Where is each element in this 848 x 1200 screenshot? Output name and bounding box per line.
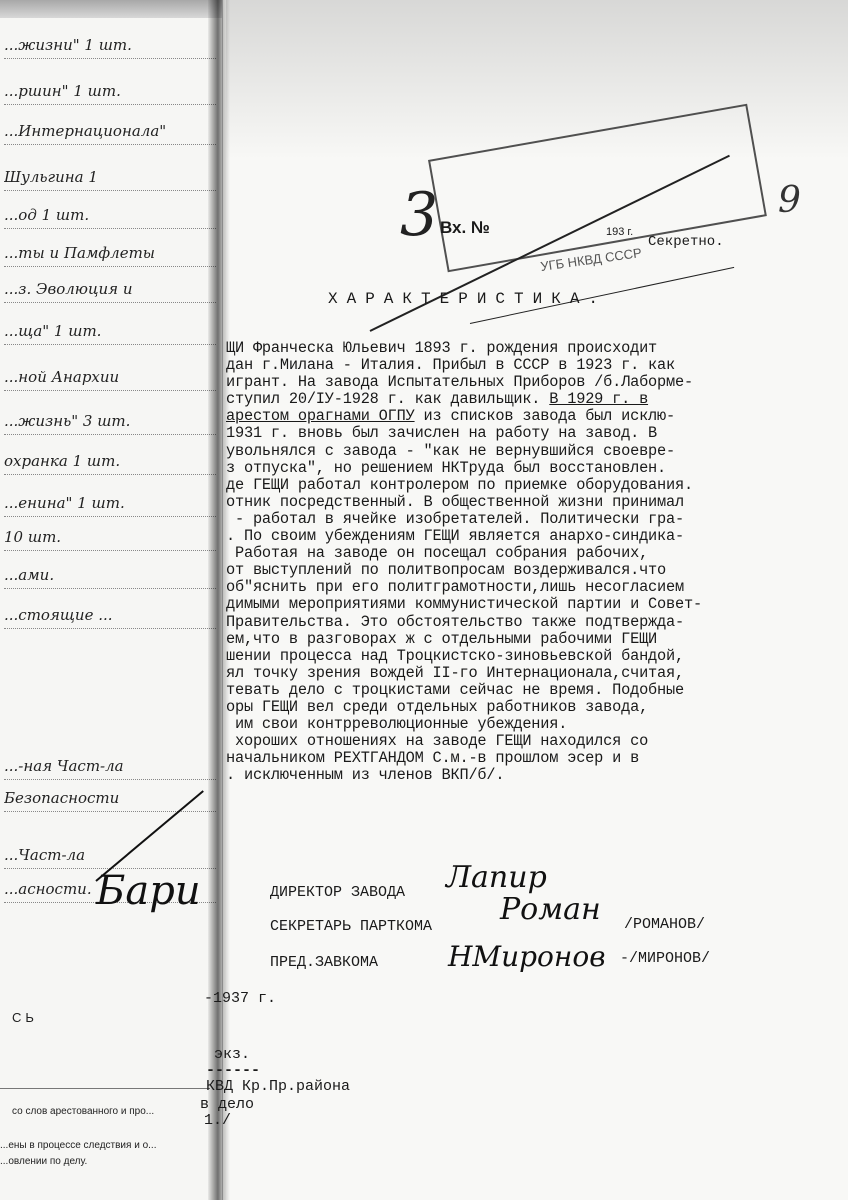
handwritten-number: 3	[400, 180, 438, 250]
body-line: дан г.Милана - Италия. Прибыл в СССР в 1…	[226, 357, 836, 374]
handwritten-list-item: ...з. Эволюция и	[4, 280, 216, 303]
handwritten-list-item: ...Интернационала"	[4, 122, 216, 145]
dash-separator: ------	[206, 1062, 260, 1079]
body-line: тевать дело с троцкистами сейчас не врем…	[226, 682, 836, 699]
divider-line	[0, 1088, 210, 1089]
body-line: 1931 г. вновь был зачислен на работу на …	[226, 425, 836, 442]
body-line: з отпуска", но решением НКТруда был восс…	[226, 460, 836, 477]
signature-role-director: ДИРЕКТОР ЗАВОДА	[270, 884, 405, 901]
body-line: - работал в ячейке изобретателей. Полити…	[226, 511, 836, 528]
page-number: 9	[778, 180, 801, 221]
body-line: оры ГЕЩИ вел среди отдельных работников …	[226, 699, 836, 716]
classification-mark: Секретно.	[648, 234, 724, 250]
body-line: от выступлений по политвопросам воздержи…	[226, 562, 836, 579]
file-suffix: 1./	[204, 1112, 231, 1129]
stamp-year: 193 г.	[606, 226, 633, 238]
body-line: димыми мероприятиями коммунистической па…	[226, 596, 836, 613]
handwritten-list-item: Шульгина 1	[4, 168, 216, 191]
body-line: Работая на заводе он посещал собрания ра…	[226, 545, 836, 562]
file-line: в дело	[200, 1096, 254, 1113]
recipient-line: КВД Кр.Пр.района	[206, 1078, 350, 1095]
body-line: об"яснить при его политграмотности,лишь …	[226, 579, 836, 596]
body-line: . исключенным из членов ВКП/б/.	[226, 767, 836, 784]
handwritten-list-item: ...жизни" 1 шт.	[4, 36, 216, 59]
body-line: хороших отношениях на заводе ГЕЩИ находи…	[226, 733, 836, 750]
body-line: им свои контрреволюционные убеждения.	[226, 716, 836, 733]
body-line: игрант. На завода Испытательных Приборов…	[226, 374, 836, 391]
underlying-handwritten-page: ...жизни" 1 шт....ршин" 1 шт....Интернац…	[0, 0, 223, 1200]
handwritten-list-item: ...стоящие ...	[4, 606, 216, 629]
body-line: ступил 20/IУ-1928 г. как давильщик. В 19…	[226, 391, 836, 408]
handwritten-list-item: ...од 1 шт.	[4, 206, 216, 229]
printed-note: со слов арестованного и про...	[12, 1106, 154, 1117]
document-date: -1937 г.	[204, 990, 276, 1007]
signature-role-secretary: СЕКРЕТАРЬ ПАРТКОМА	[270, 918, 432, 935]
handwritten-list-item: ...-ная Част-ла	[4, 757, 216, 780]
handwritten-list-item: ...Част-ла	[4, 846, 216, 869]
signatory-name: -/МИРОНОВ/	[620, 950, 710, 967]
signatory-name: /РОМАНОВ/	[624, 916, 705, 933]
handwritten-signature-left: Бари	[96, 868, 201, 914]
body-line: . По своим убеждениям ГЕЩИ является анар…	[226, 528, 836, 545]
handwritten-signature: Роман	[500, 892, 601, 927]
document-title: ХАРАКТЕРИСТИКА.	[328, 290, 607, 308]
body-line: отник посредственный. В общественной жиз…	[226, 494, 836, 511]
handwritten-signature: Лапир	[446, 860, 547, 895]
left-fragment: СЬ	[12, 1010, 224, 1032]
document-body: ЩИ Франческа Юльевич 1893 г. рождения пр…	[226, 340, 836, 784]
stamp-incoming-label: Вх. №	[440, 218, 490, 238]
handwritten-list-item: ...ща" 1 шт.	[4, 322, 216, 345]
body-line: арестом орагнами ОГПУ из списков завода …	[226, 408, 836, 425]
handwritten-list-item: ...ршин" 1 шт.	[4, 82, 216, 105]
body-line: де ГЕЩИ работал контролером по приемке о…	[226, 477, 836, 494]
copies-count: экз.	[214, 1046, 250, 1063]
page-top-shadow	[0, 0, 222, 18]
handwritten-signature: НМиронов	[448, 940, 606, 973]
signature-role-chairman: ПРЕД.ЗАВКОМА	[270, 954, 378, 971]
printed-note: ...овлении по делу.	[0, 1156, 87, 1167]
handwritten-list-item: Безопасности	[4, 789, 216, 812]
handwritten-list-item: охранка 1 шт.	[4, 452, 216, 475]
body-line: Правительства. Это обстоятельство также …	[226, 614, 836, 631]
handwritten-list-item: ...ной Анархии	[4, 368, 216, 391]
handwritten-list-item: ...жизнь" 3 шт.	[4, 412, 216, 435]
body-line: ЩИ Франческа Юльевич 1893 г. рождения пр…	[226, 340, 836, 357]
printed-note: ...ены в процессе следствия и о...	[0, 1140, 156, 1151]
body-line: начальником РЕХТГАНДОМ С.м.-в прошлом эс…	[226, 750, 836, 767]
handwritten-list-item: ...ты и Памфлеты	[4, 244, 216, 267]
handwritten-list-item: ...ами.	[4, 566, 216, 589]
body-line: ял точку зрения вождей II-го Интернацион…	[226, 665, 836, 682]
body-line: ем,что в разговорах ж с отдельными рабоч…	[226, 631, 836, 648]
body-line: увольнялся с завода - "как не вернувшийс…	[226, 443, 836, 460]
handwritten-list-item: ...енина" 1 шт.	[4, 494, 216, 517]
body-line: шении процесса над Троцкистско-зиновьевс…	[226, 648, 836, 665]
handwritten-list-item: 10 шт.	[4, 528, 216, 551]
